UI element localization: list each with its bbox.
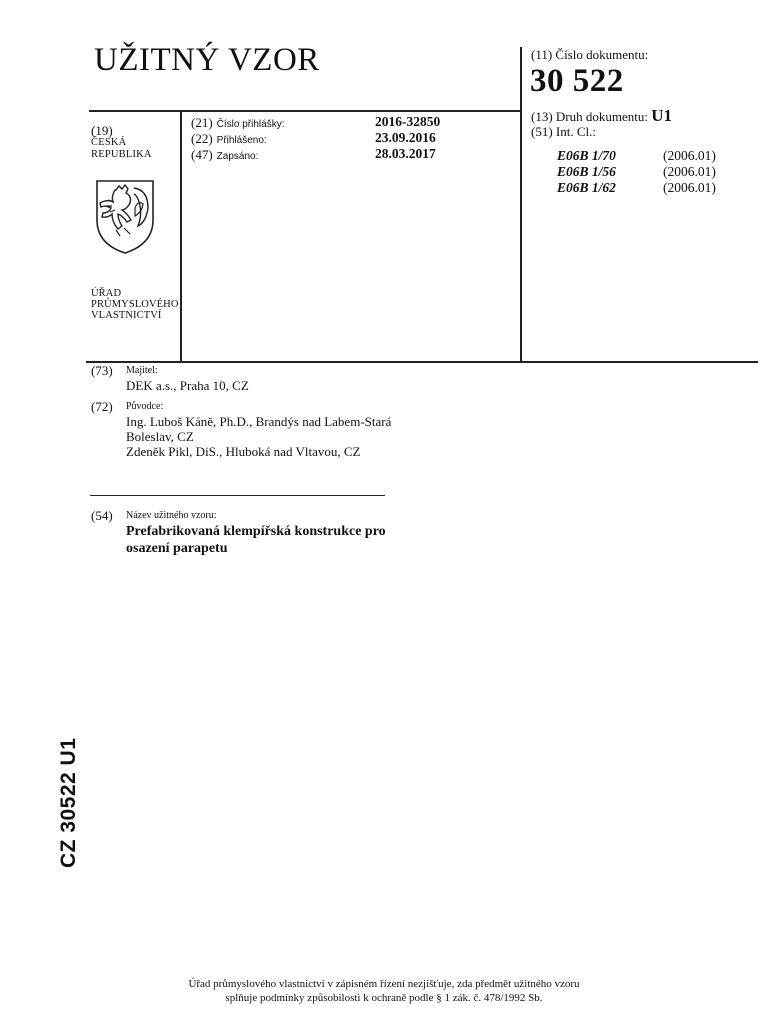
classification-row: E06B 1/62 (2006.01) [557, 180, 716, 196]
document-type-value: U1 [651, 106, 672, 125]
country-block: (19) ČESKÁ REPUBLIKA [91, 125, 152, 161]
registered-date-label: Zapsáno: [217, 151, 259, 162]
filed-date-row: (22)Přihlášeno: [191, 131, 267, 147]
right-column-divider [520, 47, 522, 362]
classification-code: E06B 1/70 [557, 148, 663, 164]
originator-line3: Zdeněk Pikl, DiS., Hluboká nad Vltavou, … [126, 444, 360, 459]
utility-name-line2: osazení parapetu [126, 540, 228, 557]
registered-date-code: (47) [191, 147, 213, 162]
classification-version: (2006.01) [663, 148, 716, 164]
owner-value: DEK a.s., Praha 10, CZ [126, 378, 249, 393]
classification-row: E06B 1/56 (2006.01) [557, 164, 716, 180]
filed-date-code: (22) [191, 131, 213, 146]
country-name-line2: REPUBLIKA [91, 149, 152, 161]
originator-label: Původce: [126, 401, 163, 412]
filed-date-value: 23.09.2016 [375, 130, 436, 146]
section-divider-line [86, 361, 758, 363]
side-document-code: CZ 30522 U1 [57, 738, 81, 868]
classification-code: E06B 1/56 [557, 164, 663, 180]
classification-version: (2006.01) [663, 180, 716, 196]
document-type-label: (13) Druh dokumentu: [531, 109, 648, 124]
header-divider-line [89, 110, 521, 112]
classification-code: E06B 1/62 [557, 180, 663, 196]
document-number: 30 522 [530, 63, 624, 100]
utility-name-label: Název užitného vzoru: [126, 510, 217, 521]
left-column-divider [180, 110, 182, 362]
office-line2: PRŮMYSLOVÉHO [91, 299, 179, 310]
utility-name-code: (54) [91, 508, 113, 524]
country-code: (19) [91, 125, 152, 137]
document-title: UŽITNÝ VZOR [94, 42, 320, 79]
footer-line2: splňuje podmínky způsobilosti k ochraně … [0, 991, 768, 1005]
int-cl-label: (51) Int. Cl.: [531, 124, 596, 140]
application-number-code: (21) [191, 115, 213, 130]
owner-label: Majitel: [126, 365, 158, 376]
originator-code: (72) [91, 399, 113, 415]
registered-date-value: 28.03.2017 [375, 146, 436, 162]
office-line1: ÚŘAD [91, 288, 179, 299]
owner-code: (73) [91, 363, 113, 379]
office-block: ÚŘAD PRŮMYSLOVÉHO VLASTNICTVÍ [91, 288, 179, 321]
czech-coat-of-arms-icon [94, 178, 156, 256]
footer-disclaimer: Úřad průmyslového vlastnictví v zápisném… [0, 977, 768, 1005]
classification-row: E06B 1/70 (2006.01) [557, 148, 716, 164]
document-number-label: (11) Číslo dokumentu: [531, 47, 648, 63]
classification-table: E06B 1/70 (2006.01) E06B 1/56 (2006.01) … [557, 148, 716, 196]
originator-line1: Ing. Luboš Káně, Ph.D., Brandýs nad Labe… [126, 414, 391, 429]
title-divider-line [90, 495, 385, 496]
originator-line2: Boleslav, CZ [126, 429, 194, 444]
classification-version: (2006.01) [663, 164, 716, 180]
registered-date-row: (47)Zapsáno: [191, 147, 258, 163]
application-number-row: (21)Číslo přihlášky: [191, 115, 284, 131]
application-number-value: 2016-32850 [375, 114, 440, 130]
country-name-line1: ČESKÁ [91, 137, 152, 149]
application-number-label: Číslo přihlášky: [217, 119, 285, 130]
office-line3: VLASTNICTVÍ [91, 310, 179, 321]
document-type: (13) Druh dokumentu: U1 [531, 106, 672, 126]
filed-date-label: Přihlášeno: [217, 135, 267, 146]
footer-line1: Úřad průmyslového vlastnictví v zápisném… [0, 977, 768, 991]
utility-name-line1: Prefabrikovaná klempířská konstrukce pro [126, 523, 386, 540]
